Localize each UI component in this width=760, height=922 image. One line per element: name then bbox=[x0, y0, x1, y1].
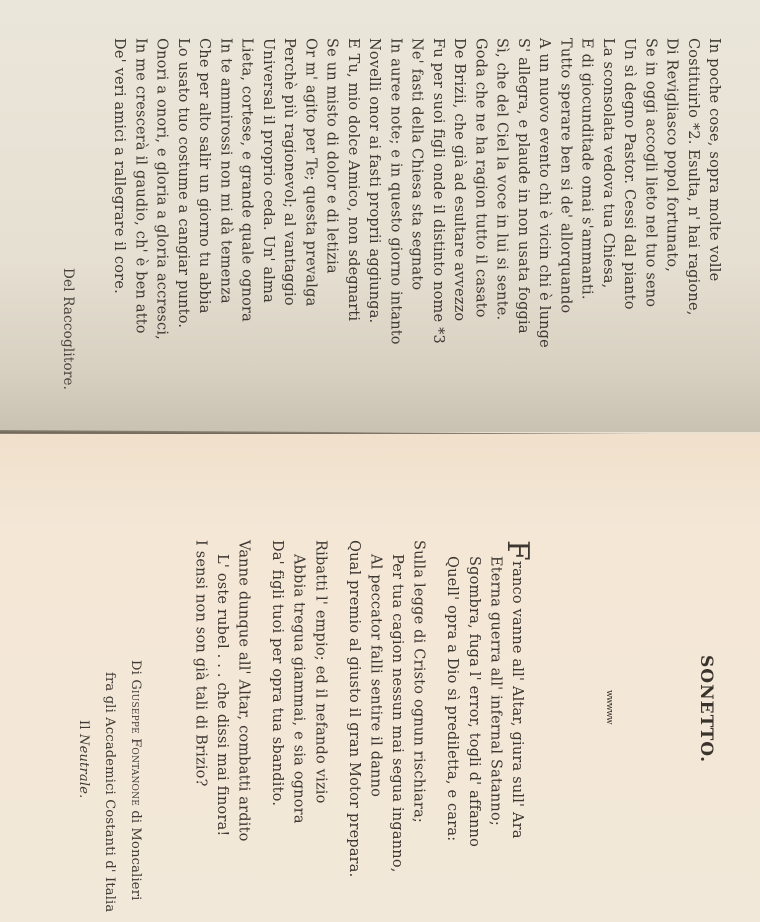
sonnet-line: Abbia tregua giammai, e sia ognora bbox=[287, 540, 309, 877]
sonnet-line: Eterna guerra all' infernal Satanno; bbox=[484, 540, 506, 877]
sonnet-line: Vanne dunque all' Altar, combatti ardito bbox=[232, 540, 254, 877]
poem-line: Se in oggi accogli lieto nel tuo seno bbox=[639, 38, 660, 348]
poem-line: In te ammirossi non mi dà temenza bbox=[214, 38, 235, 348]
poem-line: Fu per suoi figli onde il distinto nome … bbox=[427, 38, 448, 348]
poem-line: In auree note; e in questo giorno intant… bbox=[384, 38, 405, 348]
drop-cap: F bbox=[500, 540, 535, 561]
poem-line: In poche cose, sopra molte volle bbox=[703, 38, 724, 348]
author-line: Di Giuseppe Fontanone di Moncalieri bbox=[122, 660, 148, 912]
poem-line: Un sì degno Pastor. Cessi dal pianto bbox=[618, 38, 639, 348]
academy-line: fra gli Accademici Costanti d' Italia bbox=[96, 660, 122, 912]
upper-signature: Del Raccoglitore. bbox=[58, 268, 78, 390]
poem-line: Di Revigliasco popol fortunato, bbox=[660, 38, 681, 348]
poem-line: Goda che ne ha ragion tutto il casato bbox=[469, 38, 490, 348]
pseudonym-line: Il Neutrale. bbox=[70, 660, 96, 912]
sonnet-line: Al peccator falli sentire il danno bbox=[364, 540, 386, 877]
poem-line: E di giocunditade omai s'ammanti. bbox=[575, 38, 596, 348]
poem-line: Novelli onor ai fasti proprii aggiunga. bbox=[363, 38, 384, 348]
sonnet-line: Sgombra, fuga l' error, togli d' affanno bbox=[462, 540, 484, 877]
poem-line: In me crescerà il gaudio, ch' è ben atto bbox=[129, 38, 150, 348]
author-name: Giuseppe Fontanone bbox=[128, 679, 143, 806]
sonnet-line: I sensi non son già tali di Brizio? bbox=[189, 540, 211, 877]
poem-line: Lieta, cortese, e grande quale ognora bbox=[235, 38, 256, 348]
sonnet-line: Per tua cagion nessun mai segua inganno, bbox=[385, 540, 407, 877]
sonnet-title: SONETTO. bbox=[696, 655, 716, 763]
upper-page: In poche cose, sopra molte volle Costitu… bbox=[0, 0, 760, 432]
poem-line: La sconsolata vedova tua Chiesa, bbox=[597, 38, 618, 348]
poem-line: Sì, che del Ciel la voce in lui si sente… bbox=[490, 38, 511, 348]
sonnet-line: Quell' opra a Dio sì prediletta, e cara: bbox=[441, 540, 463, 877]
sonnet-line: L' oste rubel . . . che dissi mai finora… bbox=[210, 540, 232, 877]
sonnet-line: Da' figli tuoi per opra tua sbandito. bbox=[265, 540, 287, 877]
poem-line: Universal il proprio ceda. Un' alma bbox=[257, 38, 278, 348]
sonnet-signature: Di Giuseppe Fontanone di Moncalieri fra … bbox=[70, 660, 148, 912]
poem-line: Or m' agito per Te; questa prevalga bbox=[299, 38, 320, 348]
poem-line: Che per alto salir un giorno tu abbia bbox=[193, 38, 214, 348]
sonnet-line: Franco vanne all' Altar, giura sull' Ara bbox=[505, 540, 528, 877]
poem-line: Lo usato tuo costume a cangiar punto. bbox=[172, 38, 193, 348]
poem-line: A un nuovo evento chi è vicin chi è lung… bbox=[533, 38, 554, 348]
sonnet-line: Sulla legge di Cristo ognun rischiara; bbox=[407, 540, 429, 877]
upper-poem: In poche cose, sopra molte volle Costitu… bbox=[108, 38, 724, 348]
poem-line: Onori a onori, e gloria a gloria accresc… bbox=[150, 38, 171, 348]
sonnet-line: Qual premio al giusto il gran Motor prep… bbox=[342, 540, 364, 877]
poem-line: S' allegra, e plaude in non usata foggia bbox=[512, 38, 533, 348]
poem-line: Se un misto di dolor e di letizia bbox=[320, 38, 341, 348]
poem-line: E Tu, mio dolce Amico, non sdegnarti bbox=[342, 38, 363, 348]
poem-line: Tutto sperare ben si de' allorquando bbox=[554, 38, 575, 348]
poem-line: De' veri amici a rallegrare il core. bbox=[108, 38, 129, 348]
poem-line: Ne' fasti della Chiesa sta segnato bbox=[405, 38, 426, 348]
sonnet: Franco vanne all' Altar, giura sull' Ara… bbox=[189, 540, 528, 877]
sonnet-line: Ribatti l' empio; ed il nefando vizio bbox=[309, 540, 331, 877]
poem-line: De Brizii, che già ad esultare avvezzo bbox=[448, 38, 469, 348]
poem-line: Costituirlo *2. Esulta, n' hai ragione, bbox=[682, 38, 703, 348]
ornament-divider: wwwww bbox=[604, 690, 614, 724]
poem-line: Perchè più ragionevol; al vantaggio bbox=[278, 38, 299, 348]
